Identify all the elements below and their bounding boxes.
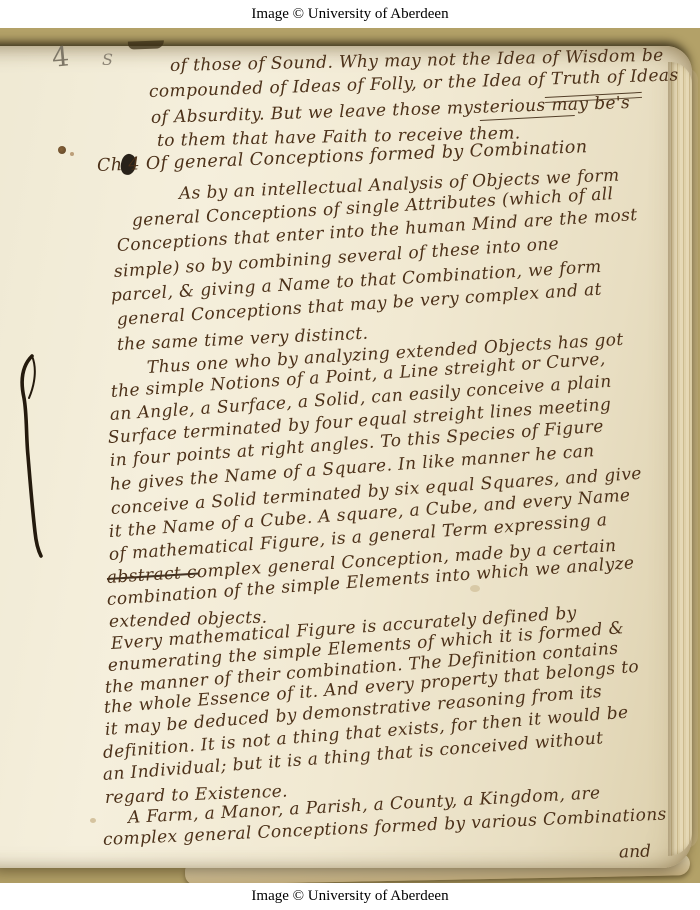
manuscript-text: 4 S and of those of Sound. Why may not t… — [0, 0, 700, 910]
catchword: and — [619, 841, 652, 862]
screenshot-root: Image © University of Aberdeen 4 S and o… — [0, 0, 700, 910]
page-top-edge-tear — [128, 40, 164, 49]
copyright-banner-bottom: Image © University of Aberdeen — [0, 883, 700, 910]
stain-spot — [470, 585, 480, 592]
binding-thread-mark — [12, 350, 56, 558]
copyright-text-bottom: Image © University of Aberdeen — [251, 888, 448, 905]
ink-fleck — [58, 146, 66, 154]
margin-letter: S — [102, 50, 113, 69]
stain-spot — [90, 818, 96, 823]
stain-spot — [70, 152, 74, 156]
page-number: 4 — [51, 41, 71, 73]
